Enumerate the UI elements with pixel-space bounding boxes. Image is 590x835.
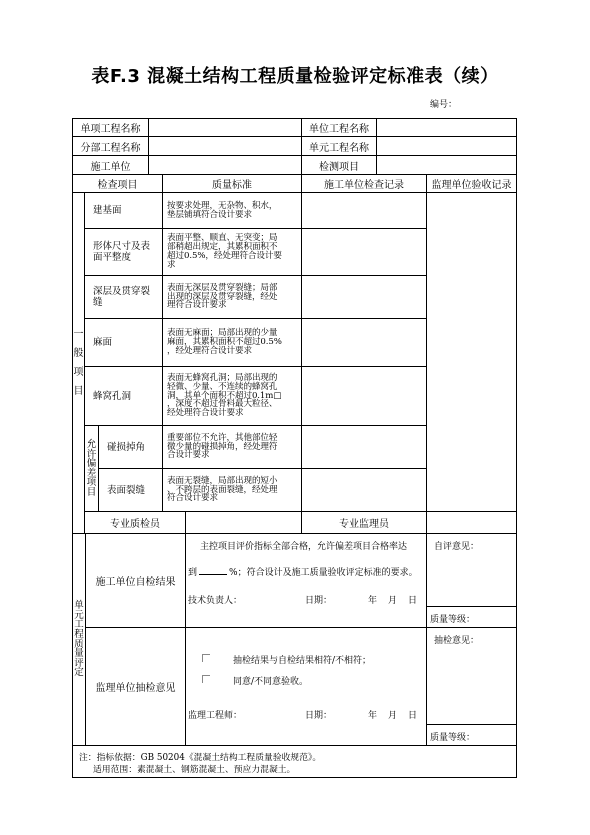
item-name-deep-crack: 深层及贯穿裂 缝 bbox=[84, 275, 163, 319]
self-check-content: 主控项目评价指标全部合格，允许偏差项目合格率达 到%；符合设计及施工质量验收评定… bbox=[185, 533, 427, 628]
self-check-statement-line2: 到%；符合设计及施工质量验收评定标准的要求。 bbox=[188, 565, 418, 578]
test-item-label: 检测项目 bbox=[301, 155, 377, 175]
item-standard-surface-crack: 表面无裂缝，局部出现的短小 、不跨层的表面裂缝，经处理 符合设计要求 bbox=[162, 468, 302, 512]
item-name-surface-crack: 表面裂缝 bbox=[98, 468, 163, 512]
supervision-engineer-field[interactable] bbox=[426, 511, 517, 534]
item-name-corner-damage: 碰损掉角 bbox=[98, 425, 163, 469]
supervising-engineer-label: 监理工程师： bbox=[188, 708, 242, 721]
self-assessment-opinion-field[interactable]: 自评意见： bbox=[426, 533, 517, 607]
quality-inspector-field[interactable] bbox=[185, 511, 302, 534]
self-assessment-opinion-label: 自评意见： bbox=[434, 539, 479, 552]
item-standard-shape-dimension: 表面平整、顺直、无突变；局 部稍超出规定，其累积面积不 超过0.5%，经处理符合… bbox=[162, 228, 302, 276]
supervision-engineer-label: 专业监理员 bbox=[301, 511, 427, 534]
item-standard-honeycomb: 表面无蜂窝孔洞；局部出现的 轻微、少量、不连续的蜂窝孔 洞，其单个面积不超过0.… bbox=[162, 366, 302, 426]
unit-project-name-label: 单位工程名称 bbox=[301, 118, 377, 137]
quality-inspector-label: 专业质检员 bbox=[84, 511, 186, 534]
item-record-honeycomb[interactable] bbox=[301, 366, 427, 426]
contractor-label: 施工单位 bbox=[72, 155, 149, 175]
self-check-label: 施工单位自检结果 bbox=[85, 533, 186, 628]
item-standard-foundation-surface: 按要求处理，无杂物、积水， 垫层铺填符合设计要求 bbox=[162, 192, 302, 229]
project-item-name-label: 单项工程名称 bbox=[72, 118, 149, 137]
page-title: 表F.3 混凝土结构工程质量检验评定标准表（续） bbox=[0, 62, 590, 88]
self-check-year-label: 年 bbox=[368, 593, 377, 606]
checkbox-consistency[interactable] bbox=[202, 654, 210, 662]
note-scope: 适用范围：素混凝土、钢筋混凝土、预应力混凝土。 bbox=[93, 762, 295, 775]
item-record-deep-crack[interactable] bbox=[301, 275, 427, 319]
item-name-honeycomb: 蜂窝孔洞 bbox=[84, 366, 163, 426]
item-name-pitted-surface: 麻面 bbox=[84, 318, 163, 367]
self-check-statement-line1: 主控项目评价指标全部合格，允许偏差项目合格率达 bbox=[200, 539, 407, 552]
self-check-date-label: 日期： bbox=[305, 593, 332, 606]
self-check-month-label: 月 bbox=[388, 593, 397, 606]
serial-number-label: 编号： bbox=[430, 97, 457, 110]
self-check-grade-field[interactable]: 质量等级： bbox=[426, 606, 517, 628]
spot-check-opinion-label: 抽检意见： bbox=[434, 633, 479, 646]
supervisor-check-label: 监理单位抽检意见 bbox=[85, 627, 186, 746]
column-header-quality-standard: 质量标准 bbox=[162, 174, 302, 193]
self-check-grade-label: 质量等级： bbox=[430, 612, 475, 625]
supervisor-check-content: 抽检结果与自检结果相符/不相符； 同意/不同意验收。 监理工程师： 日期： 年 … bbox=[185, 627, 427, 746]
contractor-field[interactable] bbox=[148, 155, 302, 175]
item-standard-pitted-surface: 表面无麻面；局部出现的少量 麻面，其累积面积不超过0.5% ，经处理符合设计要求 bbox=[162, 318, 302, 367]
element-project-name-field[interactable] bbox=[376, 136, 517, 156]
item-standard-deep-crack: 表面无深层及贯穿裂缝；局部 出现的深层及贯穿裂缝，经处 理符合设计要求 bbox=[162, 275, 302, 319]
notes-box: 注：指标依据：GB 50204《混凝土结构工程质量验收规范》。 适用范围：素混凝… bbox=[72, 745, 517, 778]
self-check-day-label: 日 bbox=[408, 593, 417, 606]
supervisor-check-date-label: 日期： bbox=[305, 708, 332, 721]
item-record-surface-crack[interactable] bbox=[301, 468, 427, 512]
item-name-foundation-surface: 建基面 bbox=[84, 192, 163, 229]
supervisor-check-month-label: 月 bbox=[388, 708, 397, 721]
item-record-pitted-surface[interactable] bbox=[301, 318, 427, 367]
supervisor-check-year-label: 年 bbox=[368, 708, 377, 721]
division-project-name-label: 分部工程名称 bbox=[72, 136, 149, 156]
division-project-name-field[interactable] bbox=[148, 136, 302, 156]
pass-rate-input[interactable] bbox=[199, 566, 227, 575]
evaluation-group-label: 单 元 工 程 质 量 评 定 bbox=[72, 533, 86, 746]
option-consistency-text: 抽检结果与自检结果相符/不相符； bbox=[233, 653, 371, 666]
item-name-shape-dimension: 形体尺寸及表 面平整度 bbox=[84, 228, 163, 276]
supervisor-check-day-label: 日 bbox=[408, 708, 417, 721]
item-record-corner-damage[interactable] bbox=[301, 425, 427, 469]
checkbox-acceptance[interactable] bbox=[202, 675, 210, 683]
project-item-name-field[interactable] bbox=[148, 118, 302, 137]
item-record-shape-dimension[interactable] bbox=[301, 228, 427, 276]
supervisor-grade-field[interactable]: 质量等级： bbox=[426, 724, 517, 746]
column-header-check-item: 检查项目 bbox=[72, 174, 163, 193]
supervisor-grade-label: 质量等级： bbox=[430, 730, 475, 743]
option-acceptance-text: 同意/不同意验收。 bbox=[233, 674, 308, 687]
item-record-foundation-surface[interactable] bbox=[301, 192, 427, 229]
element-project-name-label: 单元工程名称 bbox=[301, 136, 377, 156]
tolerance-items-group-label: 允 许 偏 差 项 目 bbox=[84, 425, 99, 512]
spot-check-opinion-field[interactable]: 抽检意见： bbox=[426, 627, 517, 725]
supervisor-acceptance-record[interactable] bbox=[426, 192, 517, 512]
unit-project-name-field[interactable] bbox=[376, 118, 517, 137]
column-header-supervisor-record: 监理单位验收记录 bbox=[426, 174, 517, 193]
technical-lead-label: 技术负责人： bbox=[188, 593, 242, 606]
item-standard-corner-damage: 重要部位不允许，其他部位轻 微少量的碰损掉角，经处理符 合设计要求 bbox=[162, 425, 302, 469]
column-header-contractor-record: 施工单位检查记录 bbox=[301, 174, 427, 193]
test-item-field[interactable] bbox=[376, 155, 517, 175]
self-check-prefix: 到 bbox=[188, 568, 197, 578]
inspection-form-page: 表F.3 混凝土结构工程质量检验评定标准表（续） 编号： 单项工程名称 单位工程… bbox=[0, 0, 590, 835]
self-check-suffix: %；符合设计及施工质量验收评定标准的要求。 bbox=[229, 568, 418, 578]
